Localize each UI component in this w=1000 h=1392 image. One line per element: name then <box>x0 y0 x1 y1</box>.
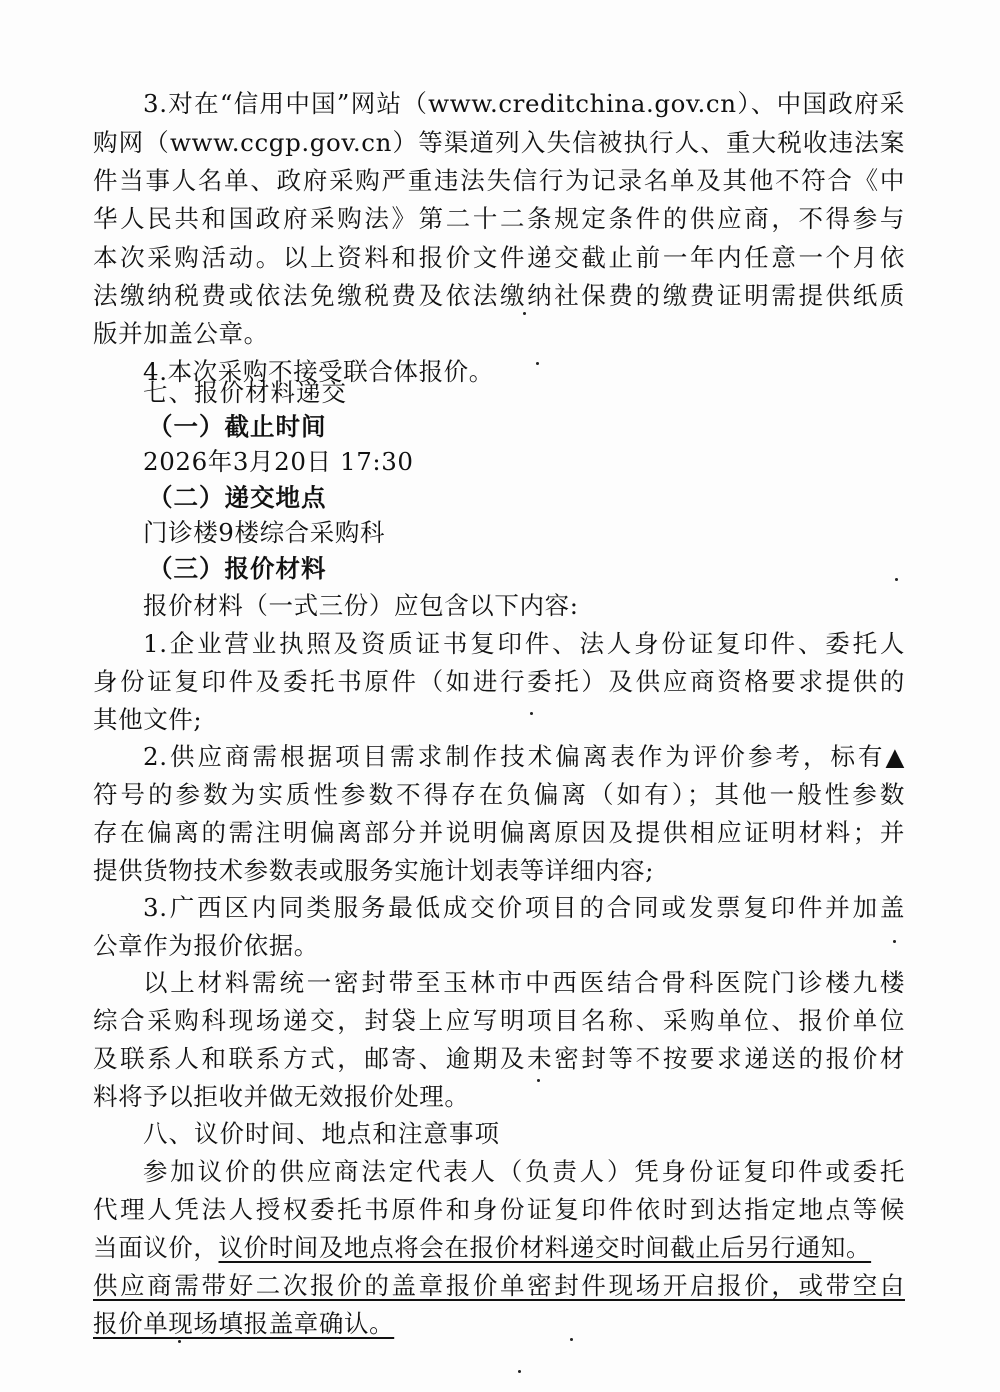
para3-line-7: 版并加盖公章。 <box>93 317 905 351</box>
item3-line-1: 3.广西区内同类服务最低成交价项目的合同或发票复印件并加盖 <box>143 891 905 925</box>
section8-line-1: 参加议价的供应商法定代表人（负责人）凭身份证复印件或委托 <box>143 1155 905 1189</box>
item2-line-4: 提供货物技术参数表或服务实施计划表等详细内容; <box>93 854 905 888</box>
materials-heading: （三）报价材料 <box>148 552 960 586</box>
scan-speck <box>530 712 533 715</box>
deadline-value: 2026年3月20日 17:30 <box>143 445 955 479</box>
section8-title: 八、议价时间、地点和注意事项 <box>143 1117 955 1151</box>
scan-speck <box>523 312 526 315</box>
delivery-note-line-2: 综合采购科现场递交，封袋上应写明项目名称、采购单位、报价单位 <box>93 1004 905 1038</box>
section7-title: 七、报价材料递交 <box>143 376 955 410</box>
delivery-note-line-4: 料将予以拒收并做无效报价处理。 <box>93 1080 905 1114</box>
location-heading: （二）递交地点 <box>148 481 960 515</box>
section8-line-2: 代理人凭法人授权委托书原件和身份证复印件依时到达指定地点等候 <box>93 1193 905 1227</box>
scan-speck <box>518 1370 521 1373</box>
item1-line-2: 身份证复印件及委托书原件（如进行委托）及供应商资格要求提供的 <box>93 665 905 699</box>
para3-line-5: 本次采购活动。以上资料和报价文件递交截止前一年内任意一个月依 <box>93 241 905 275</box>
section8-line-4-underlined: 供应商需带好二次报价的盖章报价单密封件现场开启报价，或带空白 <box>93 1271 905 1300</box>
para3-line-1: 3.对在“信用中国”网站（www.creditchina.gov.cn）、中国政… <box>143 87 905 121</box>
section8-line-4: 供应商需带好二次报价的盖章报价单密封件现场开启报价，或带空白 <box>93 1269 905 1303</box>
section8-notice-underlined: 议价时间及地点将会在报价材料递交时间截止后另行通知。 <box>219 1233 872 1262</box>
scan-speck <box>537 1079 540 1082</box>
section8-line-5-underlined: 报价单现场填报盖章确认。 <box>93 1309 394 1338</box>
scan-speck <box>570 1338 573 1341</box>
delivery-note-line-3: 及联系人和联系方式，邮寄、逾期及未密封等不按要求递送的报价材 <box>93 1042 905 1076</box>
section8-line-3: 当面议价，议价时间及地点将会在报价材料递交时间截止后另行通知。 <box>93 1231 905 1265</box>
scan-speck <box>893 940 896 943</box>
para3-line-3: 件当事人名单、政府采购严重违法失信行为记录名单及其他不符合《中 <box>93 164 905 198</box>
materials-intro: 报价材料（一式三份）应包含以下内容: <box>143 589 955 623</box>
section8-line-5: 报价单现场填报盖章确认。 <box>93 1307 905 1341</box>
item1-line-1: 1.企业营业执照及资质证书复印件、法人身份证复印件、委托人 <box>143 627 905 661</box>
item2-line-2: 符号的参数为实质性参数不得存在负偏离（如有）；其他一般性参数 <box>93 778 905 812</box>
item2-line-1: 2.供应商需根据项目需求制作技术偏离表作为评价参考，标有▲ <box>143 740 905 774</box>
scan-speck <box>178 1340 181 1343</box>
location-value: 门诊楼9楼综合采购科 <box>143 516 955 550</box>
item3-line-2: 公章作为报价依据。 <box>93 929 905 963</box>
item1-line-3: 其他文件; <box>93 703 905 737</box>
delivery-note-line-1: 以上材料需统一密封带至玉林市中西医结合骨科医院门诊楼九楼 <box>143 966 905 1000</box>
scan-speck <box>895 578 898 581</box>
para3-line-4: 华人民共和国政府采购法》第二十二条规定条件的供应商，不得参与 <box>93 202 905 236</box>
para3-line-6: 法缴纳税费或依法免缴税费及依法缴纳社保费的缴费证明需提供纸质 <box>93 279 905 313</box>
para3-line-2: 购网（www.ccgp.gov.cn）等渠道列入失信被执行人、重大税收违法案 <box>93 126 905 160</box>
scan-speck <box>890 1288 893 1291</box>
section8-line-3-plain: 当面议价， <box>93 1233 219 1262</box>
scanned-document-page: 3.对在“信用中国”网站（www.creditchina.gov.cn）、中国政… <box>0 0 1000 1392</box>
deadline-heading: （一）截止时间 <box>148 410 960 444</box>
item2-line-3: 存在偏离的需注明偏离部分并说明偏离原因及提供相应证明材料；并 <box>93 816 905 850</box>
scan-speck <box>536 362 539 365</box>
